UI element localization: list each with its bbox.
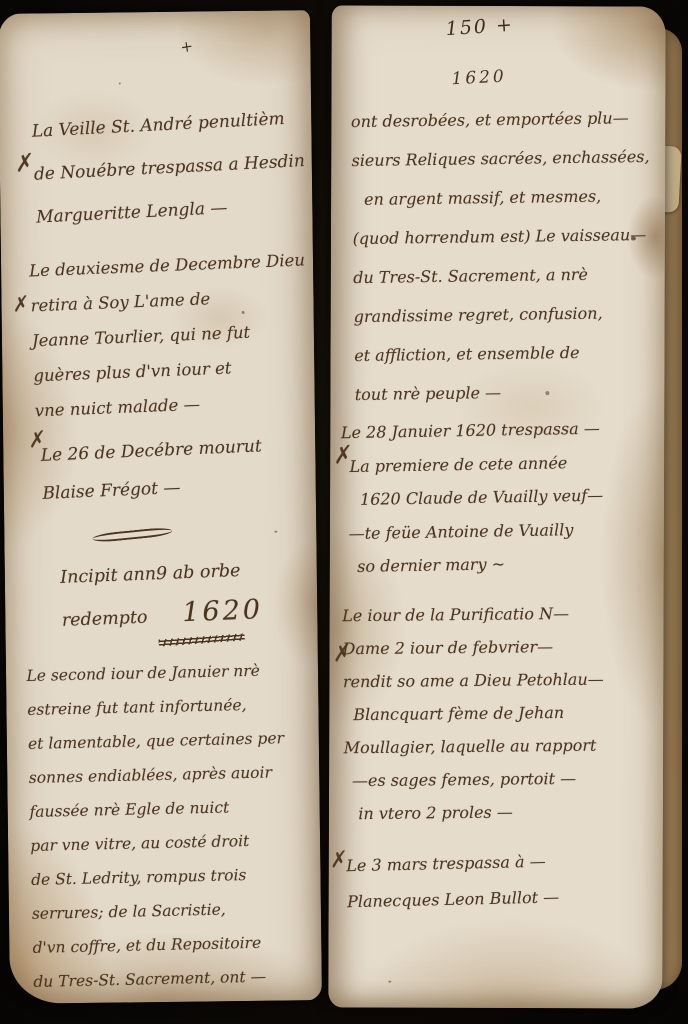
manuscript-line: et lamentable, que certaines per (28, 721, 285, 761)
section-divider (92, 526, 172, 543)
manuscript-line: estreine fut tant infortunée, (27, 687, 284, 727)
death-entry: Le 28 Januier 1620 trespassa — La premie… (341, 412, 605, 584)
ink-speck (631, 236, 636, 240)
death-entry: Le second iour de Januier nrè estreine f… (26, 653, 290, 999)
incipit-word: redempto (61, 608, 147, 631)
manuscript-line: du Tres-St. Sacrement, ont — (33, 959, 290, 999)
incipit-entry: Incipit ann9 ab orbe redempto1620 (59, 550, 267, 649)
manuscript-line: tout nrè peuple — (355, 371, 654, 414)
manuscript-line: so dernier mary ~ (357, 546, 605, 584)
manuscript-line: Le 3 mars trespassa à — (346, 843, 559, 884)
death-entry: La Veille St. André penultièm de Nouébre… (31, 97, 308, 240)
manuscript-line: ont desrobées, et emportées plu— (351, 98, 650, 141)
manuscript-line: rendit so ame a Dieu Petohlau— (343, 663, 604, 699)
manuscript-line: Blancquart fème de Jehan (353, 696, 604, 732)
manuscript-line: d'vn coffre, et du Repositoire (32, 925, 289, 965)
top-cross-mark: + (179, 37, 194, 57)
ink-speck (388, 981, 391, 983)
ink-speck (480, 566, 482, 568)
manuscript-line: Planecques Leon Bullot — (347, 879, 560, 920)
death-entry: Le 3 mars trespassa à — Planecques Leon … (346, 843, 560, 920)
margin-cross-mark: ✗ (9, 292, 29, 317)
manuscript-line: 1620 Claude de Vuailly veuf— (360, 479, 604, 517)
manuscript-line: par vne vitre, au costé droit (30, 823, 287, 863)
manuscript-line: et affliction, et ensemble de (354, 332, 653, 375)
underlined-year: 1620 (179, 590, 267, 634)
death-entry: Le deuxiesme de Decembre Dieu retira à S… (29, 242, 312, 428)
manuscript-line: grandissime regret, confusion, (353, 293, 652, 336)
manuscript-line: —es sages femes, portoit — (352, 762, 605, 798)
manuscript-line: serrures; de la Sacristie, (31, 891, 288, 931)
ink-speck (274, 531, 277, 533)
manuscript-line: —te feüe Antoine de Vuailly (348, 512, 604, 550)
margin-cross-mark: ✗ (326, 846, 347, 873)
manuscript-line: (quod horrendum est) Le vaisseau— (352, 215, 651, 258)
manuscript-photo: + ✗ ✗ ✗ La Veille St. André penultièm de… (0, 0, 688, 1024)
manuscript-line: Le 28 Januier 1620 trespassa — (341, 412, 603, 450)
manuscript-line: sonnes endiablées, après auoir (28, 755, 285, 795)
manuscript-line: La premiere de cete année (349, 445, 603, 483)
manuscript-line: in vtero 2 proles — (358, 795, 605, 831)
year-heading: 1620 (451, 67, 507, 90)
manuscript-line: du Tres-St. Sacrement, a nrè (353, 254, 652, 297)
ink-speck (242, 311, 245, 314)
manuscript-line: Le iour de la Purificatio N— (342, 597, 603, 633)
manuscript-line: en argent massif, et mesmes, (364, 176, 651, 219)
manuscript-line: Moullagier, laquelle au rapport (343, 729, 604, 765)
manuscript-line: Le second iour de Januier nrè (26, 653, 283, 693)
manuscript-right-page: 150 + 1620 ✗ ✗ ✗ ont desrobées, et empor… (328, 5, 665, 1008)
manuscript-line: sieurs Reliques sacrées, enchassées, (351, 137, 650, 180)
ink-speck (119, 82, 121, 84)
manuscript-line: faussée nrè Egle de nuict (29, 789, 286, 829)
ink-speck (545, 391, 549, 395)
death-entry: Le iour de la Purificatio N— Dame 2 iour… (342, 597, 605, 831)
folio-number: 150 + (445, 14, 515, 40)
manuscript-left-page: + ✗ ✗ ✗ La Veille St. André penultièm de… (0, 10, 322, 1004)
theft-entry-continuation: ont desrobées, et emportées plu— sieurs … (351, 98, 653, 414)
manuscript-line: de St. Ledrity, rompus trois (31, 857, 288, 897)
manuscript-line: Dame 2 iour de febvrier— (342, 630, 603, 666)
death-entry: Le 26 de Decébre mourut Blaise Frégot — (40, 427, 264, 513)
margin-cross-mark: ✗ (11, 150, 34, 178)
